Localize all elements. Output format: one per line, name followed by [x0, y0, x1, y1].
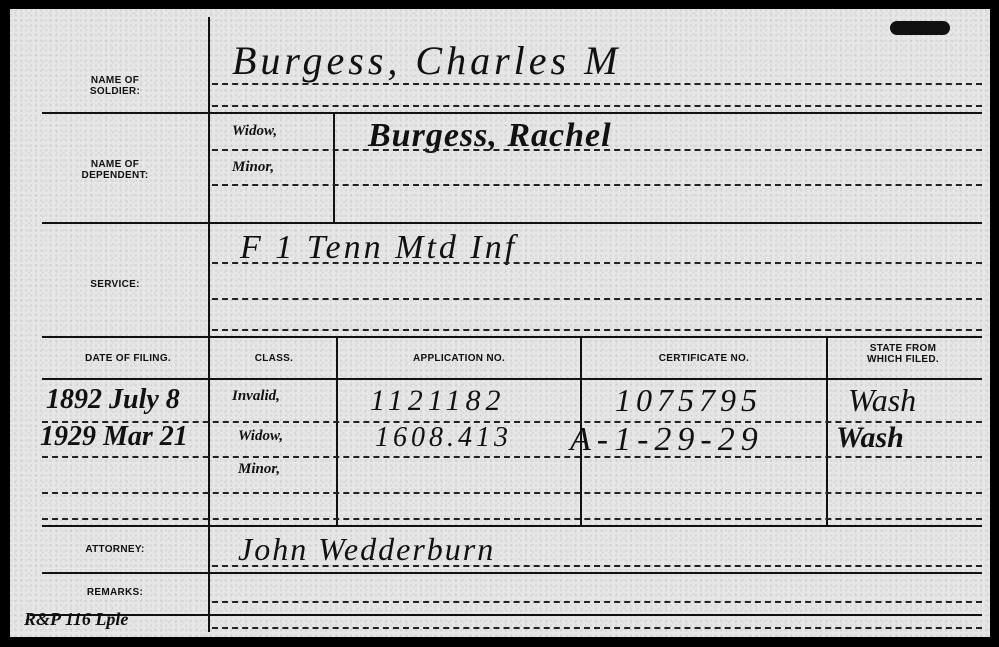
- section-divider: [42, 572, 982, 574]
- remarks-bottom-line: [30, 614, 982, 616]
- table-col-divider: [826, 338, 828, 525]
- class-invalid-label: Invalid,: [232, 388, 280, 405]
- service-line-1: [212, 262, 982, 264]
- application-no-1: 1121182: [370, 384, 506, 418]
- class-header: CLASS.: [210, 353, 338, 364]
- soldier-name-label: NAME OF SOLDIER:: [50, 75, 180, 97]
- table-row-line: [42, 518, 982, 520]
- soldier-name-value: Burgess, Charles M: [232, 37, 621, 84]
- footer-note: R&P 116 Lple: [24, 609, 128, 630]
- certificate-no-header: CERTIFICATE NO.: [582, 353, 826, 364]
- section-divider: [42, 525, 982, 527]
- application-no-2: 1608.413: [375, 422, 512, 454]
- section-divider: [42, 112, 982, 114]
- remarks-line-1: [212, 601, 982, 603]
- attorney-value: John Wedderburn: [238, 531, 495, 568]
- remarks-line-2: [212, 627, 982, 629]
- filing-date-1: 1892 July 8: [46, 384, 180, 416]
- state-filed-1: Wash: [848, 382, 916, 419]
- state-filed-header: STATE FROM WHICH FILED.: [828, 343, 978, 365]
- dependent-type-divider: [333, 114, 335, 222]
- attorney-label: ATTORNEY:: [50, 544, 180, 555]
- class-widow-label: Widow,: [238, 428, 283, 445]
- service-label: SERVICE:: [50, 279, 180, 290]
- section-divider: [42, 222, 982, 224]
- attorney-line: [212, 565, 982, 567]
- table-row-line: [42, 456, 982, 458]
- table-header-divider: [42, 378, 982, 380]
- dependent-name-label: NAME OF DEPENDENT:: [50, 159, 180, 181]
- table-row-line: [42, 492, 982, 494]
- dependent-line-1: [212, 149, 982, 151]
- certificate-no-2: A-1-29-29: [570, 421, 764, 459]
- dependent-line-2: [212, 184, 982, 186]
- state-filed-2: Wash: [836, 421, 904, 455]
- class-minor-label: Minor,: [238, 461, 280, 478]
- soldier-line-1: [212, 83, 982, 85]
- remarks-label: REMARKS:: [50, 587, 180, 598]
- form-code-badge: [890, 21, 950, 35]
- service-line-3: [212, 329, 982, 331]
- section-divider: [42, 336, 982, 338]
- certificate-no-1: 1075795: [615, 382, 762, 419]
- application-no-header: APPLICATION NO.: [338, 353, 580, 364]
- service-line-2: [212, 298, 982, 300]
- table-col-divider: [336, 338, 338, 525]
- dependent-type-minor: Minor,: [232, 159, 274, 176]
- soldier-line-2: [212, 105, 982, 107]
- date-of-filing-header: DATE OF FILING.: [48, 353, 208, 364]
- label-column-divider: [208, 17, 210, 632]
- pension-index-card: NAME OF SOLDIER: Burgess, Charles M NAME…: [10, 9, 990, 637]
- filing-date-2: 1929 Mar 21: [40, 421, 188, 453]
- dependent-type-widow: Widow,: [232, 123, 277, 140]
